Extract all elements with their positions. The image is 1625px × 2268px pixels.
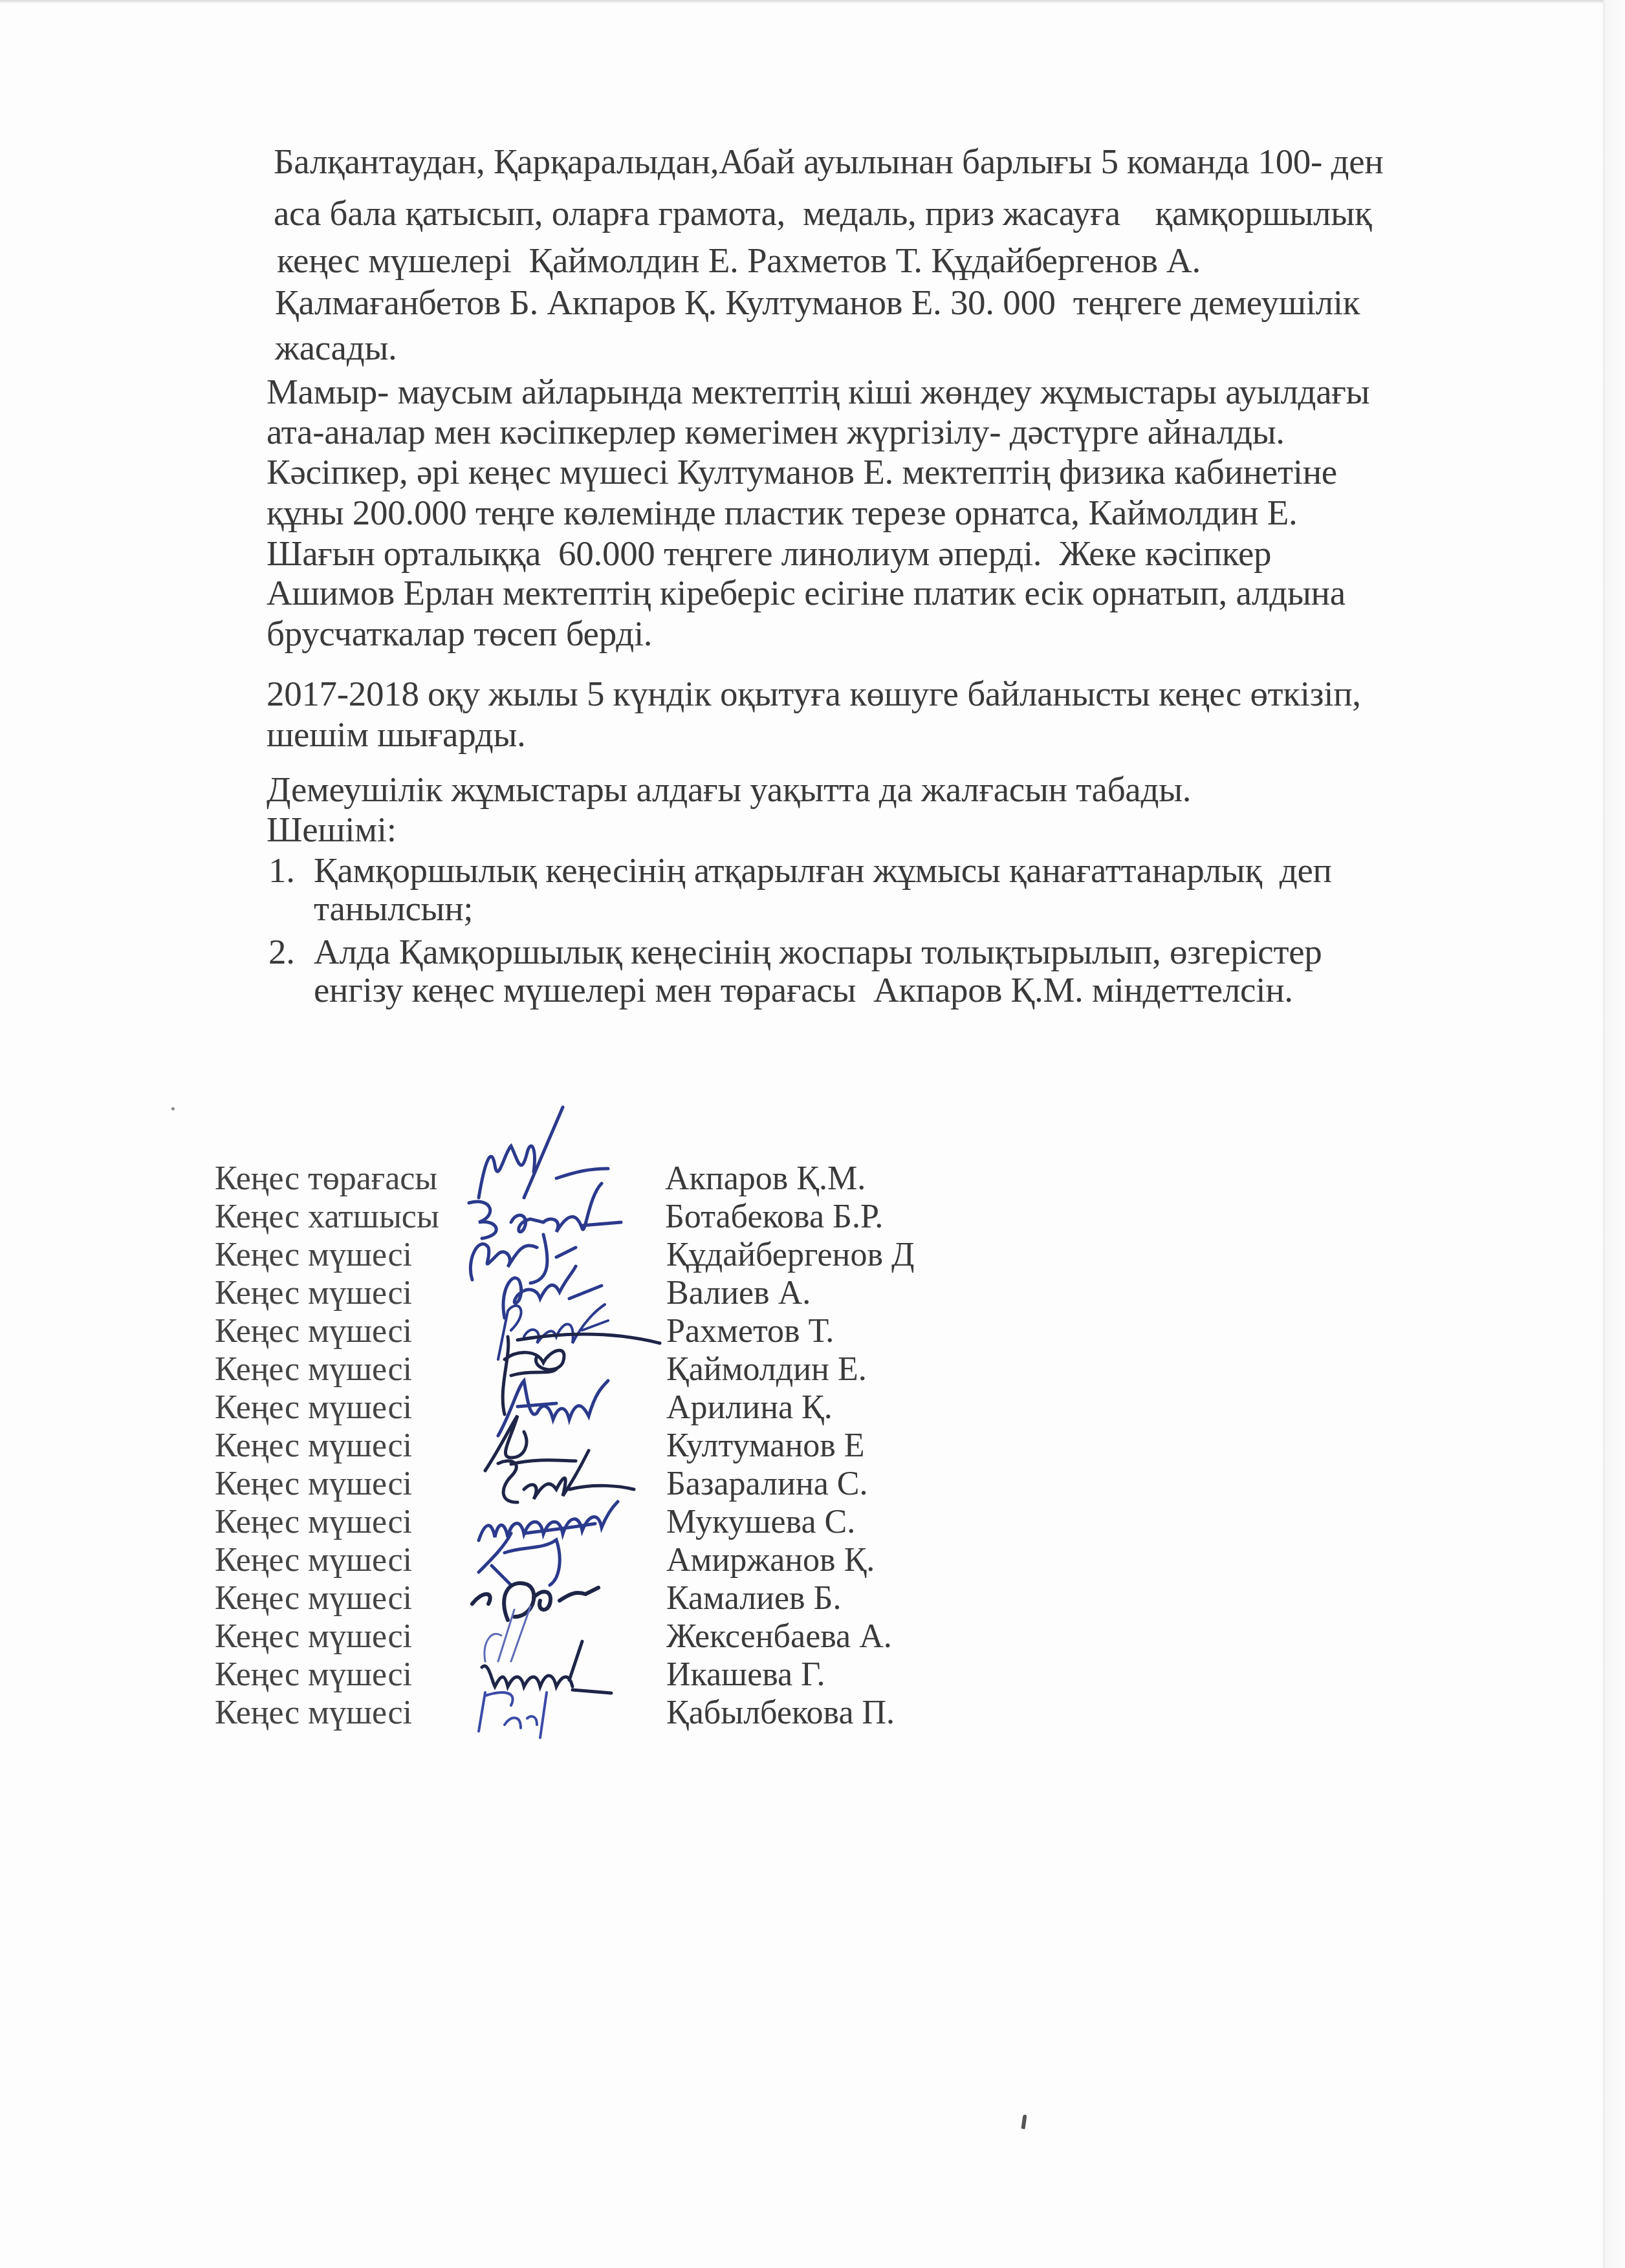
signature-row: Кеңес хатшысы Ботабекова Б.Р. (0, 1197, 1625, 1236)
paragraph-3-line-2: шешім шығарды. (267, 717, 526, 752)
paragraph-2-line-4: құны 200.000 теңге көлемінде пластик тер… (267, 495, 1297, 530)
paragraph-1-line-2: аса бала қатысып, оларға грамота, медаль… (274, 195, 1371, 231)
signature-role: Кеңес мүшесі (215, 1427, 412, 1465)
signature-role: Кеңес мүшесі (215, 1465, 412, 1503)
paragraph-1-line-1: Балқантаудан, Қарқаралыдан,Абай ауылынан… (274, 144, 1483, 179)
signatory-name: Мукушева С. (666, 1503, 855, 1541)
signature-row: Кеңес төрағасы Акпаров Қ.М. (0, 1159, 1625, 1198)
signatory-name: Жексенбаева А. (666, 1617, 892, 1656)
signatory-name: Қабылбекова П. (666, 1694, 895, 1732)
paragraph-1-line-5: жасады. (275, 330, 397, 365)
signatory-name: Базаралина С. (666, 1465, 867, 1503)
signature-row: Кеңес мүшесі Құдайбергенов Д (0, 1235, 1625, 1274)
signature-row: Кеңес мүшесі Икашева Г. (0, 1655, 1625, 1694)
paragraph-1-line-4: Қалмағанбетов Б. Акпаров Қ. Култуманов Е… (275, 285, 1360, 320)
paragraph-2-line-5: Шағын орталыққа 60.000 теңгеге линолиум … (267, 535, 1271, 571)
signature-row: Кеңес мүшесі Рахметов Т. (0, 1312, 1625, 1350)
signature-role: Кеңес мүшесі (215, 1579, 412, 1617)
signatory-name: Акпаров Қ.М. (665, 1160, 866, 1198)
signatory-name: Арилина Қ. (666, 1388, 833, 1427)
paragraph-4: Демеушілік жұмыстары алдағы уақытта да ж… (267, 772, 1191, 807)
decision-2-number: 2. (268, 934, 295, 969)
decision-2-line-1: Алда Қамқоршылық кеңесінің жоспары толық… (314, 934, 1322, 969)
decision-heading: Шешімі: (267, 812, 397, 847)
paragraph-2-line-3: Кәсіпкер, әрі кеңес мүшесі Култуманов Е.… (267, 454, 1337, 490)
signatory-name: Амиржанов Қ. (666, 1541, 875, 1579)
signatory-name: Камалиев Б. (666, 1579, 841, 1617)
handwritten-signature-icon (466, 1679, 660, 1741)
signature-role: Кеңес мүшесі (215, 1350, 412, 1388)
signature-role: Кеңес мүшесі (215, 1694, 412, 1732)
paragraph-2-line-2: ата-аналар мен кәсіпкерлер көмегімен жүр… (267, 414, 1285, 449)
signature-role: Кеңес мүшесі (215, 1656, 412, 1694)
signatory-name: Валиев А. (666, 1274, 811, 1312)
decision-1-line-2: танылсын; (314, 891, 473, 926)
signature-row: Кеңес мүшесі Қаймолдин Е. (0, 1350, 1625, 1388)
signature-role: Кеңес мүшесі (215, 1274, 412, 1312)
decision-1-number: 1. (268, 852, 295, 888)
signature-role: Кеңес мүшесі (215, 1312, 412, 1350)
signature-role: Кеңес мүшесі (215, 1617, 412, 1656)
signature-role: Кеңес хатшысы (215, 1198, 439, 1236)
signature-row: Кеңес мүшесі Базаралина С. (0, 1464, 1625, 1503)
signature-row: Кеңес мүшесі Култуманов Е (0, 1426, 1625, 1465)
signatory-name: Ботабекова Б.Р. (665, 1198, 883, 1236)
signatory-name: Култуманов Е (666, 1427, 865, 1465)
signature-role: Кеңес төрағасы (215, 1160, 437, 1198)
page-top-edge-shadow (0, 0, 1603, 4)
paragraph-2-line-7: брусчаткалар төсеп берді. (267, 616, 652, 651)
stray-ink-mark (1021, 2115, 1027, 2130)
signature-role: Кеңес мүшесі (215, 1503, 412, 1541)
paragraph-3-line-1: 2017-2018 оқу жылы 5 күндік оқытуға көшу… (267, 676, 1361, 711)
stray-dot (171, 1107, 175, 1110)
signature-row: Кеңес мүшесі Амиржанов Қ. (0, 1540, 1625, 1579)
signature-row: Кеңес мүшесі Қабылбекова П. (0, 1693, 1625, 1732)
page-right-edge-shadow (1603, 0, 1625, 2268)
signature-row: Кеңес мүшесі Арилина Қ. (0, 1388, 1625, 1427)
signature-role: Кеңес мүшесі (215, 1541, 412, 1579)
signatory-name: Қаймолдин Е. (666, 1350, 867, 1388)
signature-row: Кеңес мүшесі Камалиев Б. (0, 1579, 1625, 1617)
signatory-name: Икашева Г. (666, 1656, 825, 1694)
paragraph-2-line-6: Ашимов Ерлан мектептің кіреберіс есігіне… (267, 575, 1346, 610)
signature-row: Кеңес мүшесі Валиев А. (0, 1273, 1625, 1312)
signature-role: Кеңес мүшесі (215, 1236, 412, 1274)
decision-2-line-2: енгізу кеңес мүшелері мен төрағасы Акпар… (314, 972, 1293, 1008)
signatory-name: Рахметов Т. (666, 1312, 834, 1350)
paragraph-2-line-1: Мамыр- маусым айларында мектептің кіші ж… (267, 374, 1369, 409)
signatory-name: Құдайбергенов Д (666, 1236, 914, 1274)
signature-row: Кеңес мүшесі Жексенбаева А. (0, 1617, 1625, 1656)
signature-row: Кеңес мүшесі Мукушева С. (0, 1502, 1625, 1541)
paragraph-1-line-3: кеңес мүшелері Қаймолдин Е. Рахметов Т. … (277, 243, 1201, 278)
decision-1-line-1: Қамқоршылық кеңесінің атқарылған жұмысы … (314, 852, 1332, 888)
signature-role: Кеңес мүшесі (215, 1388, 412, 1427)
